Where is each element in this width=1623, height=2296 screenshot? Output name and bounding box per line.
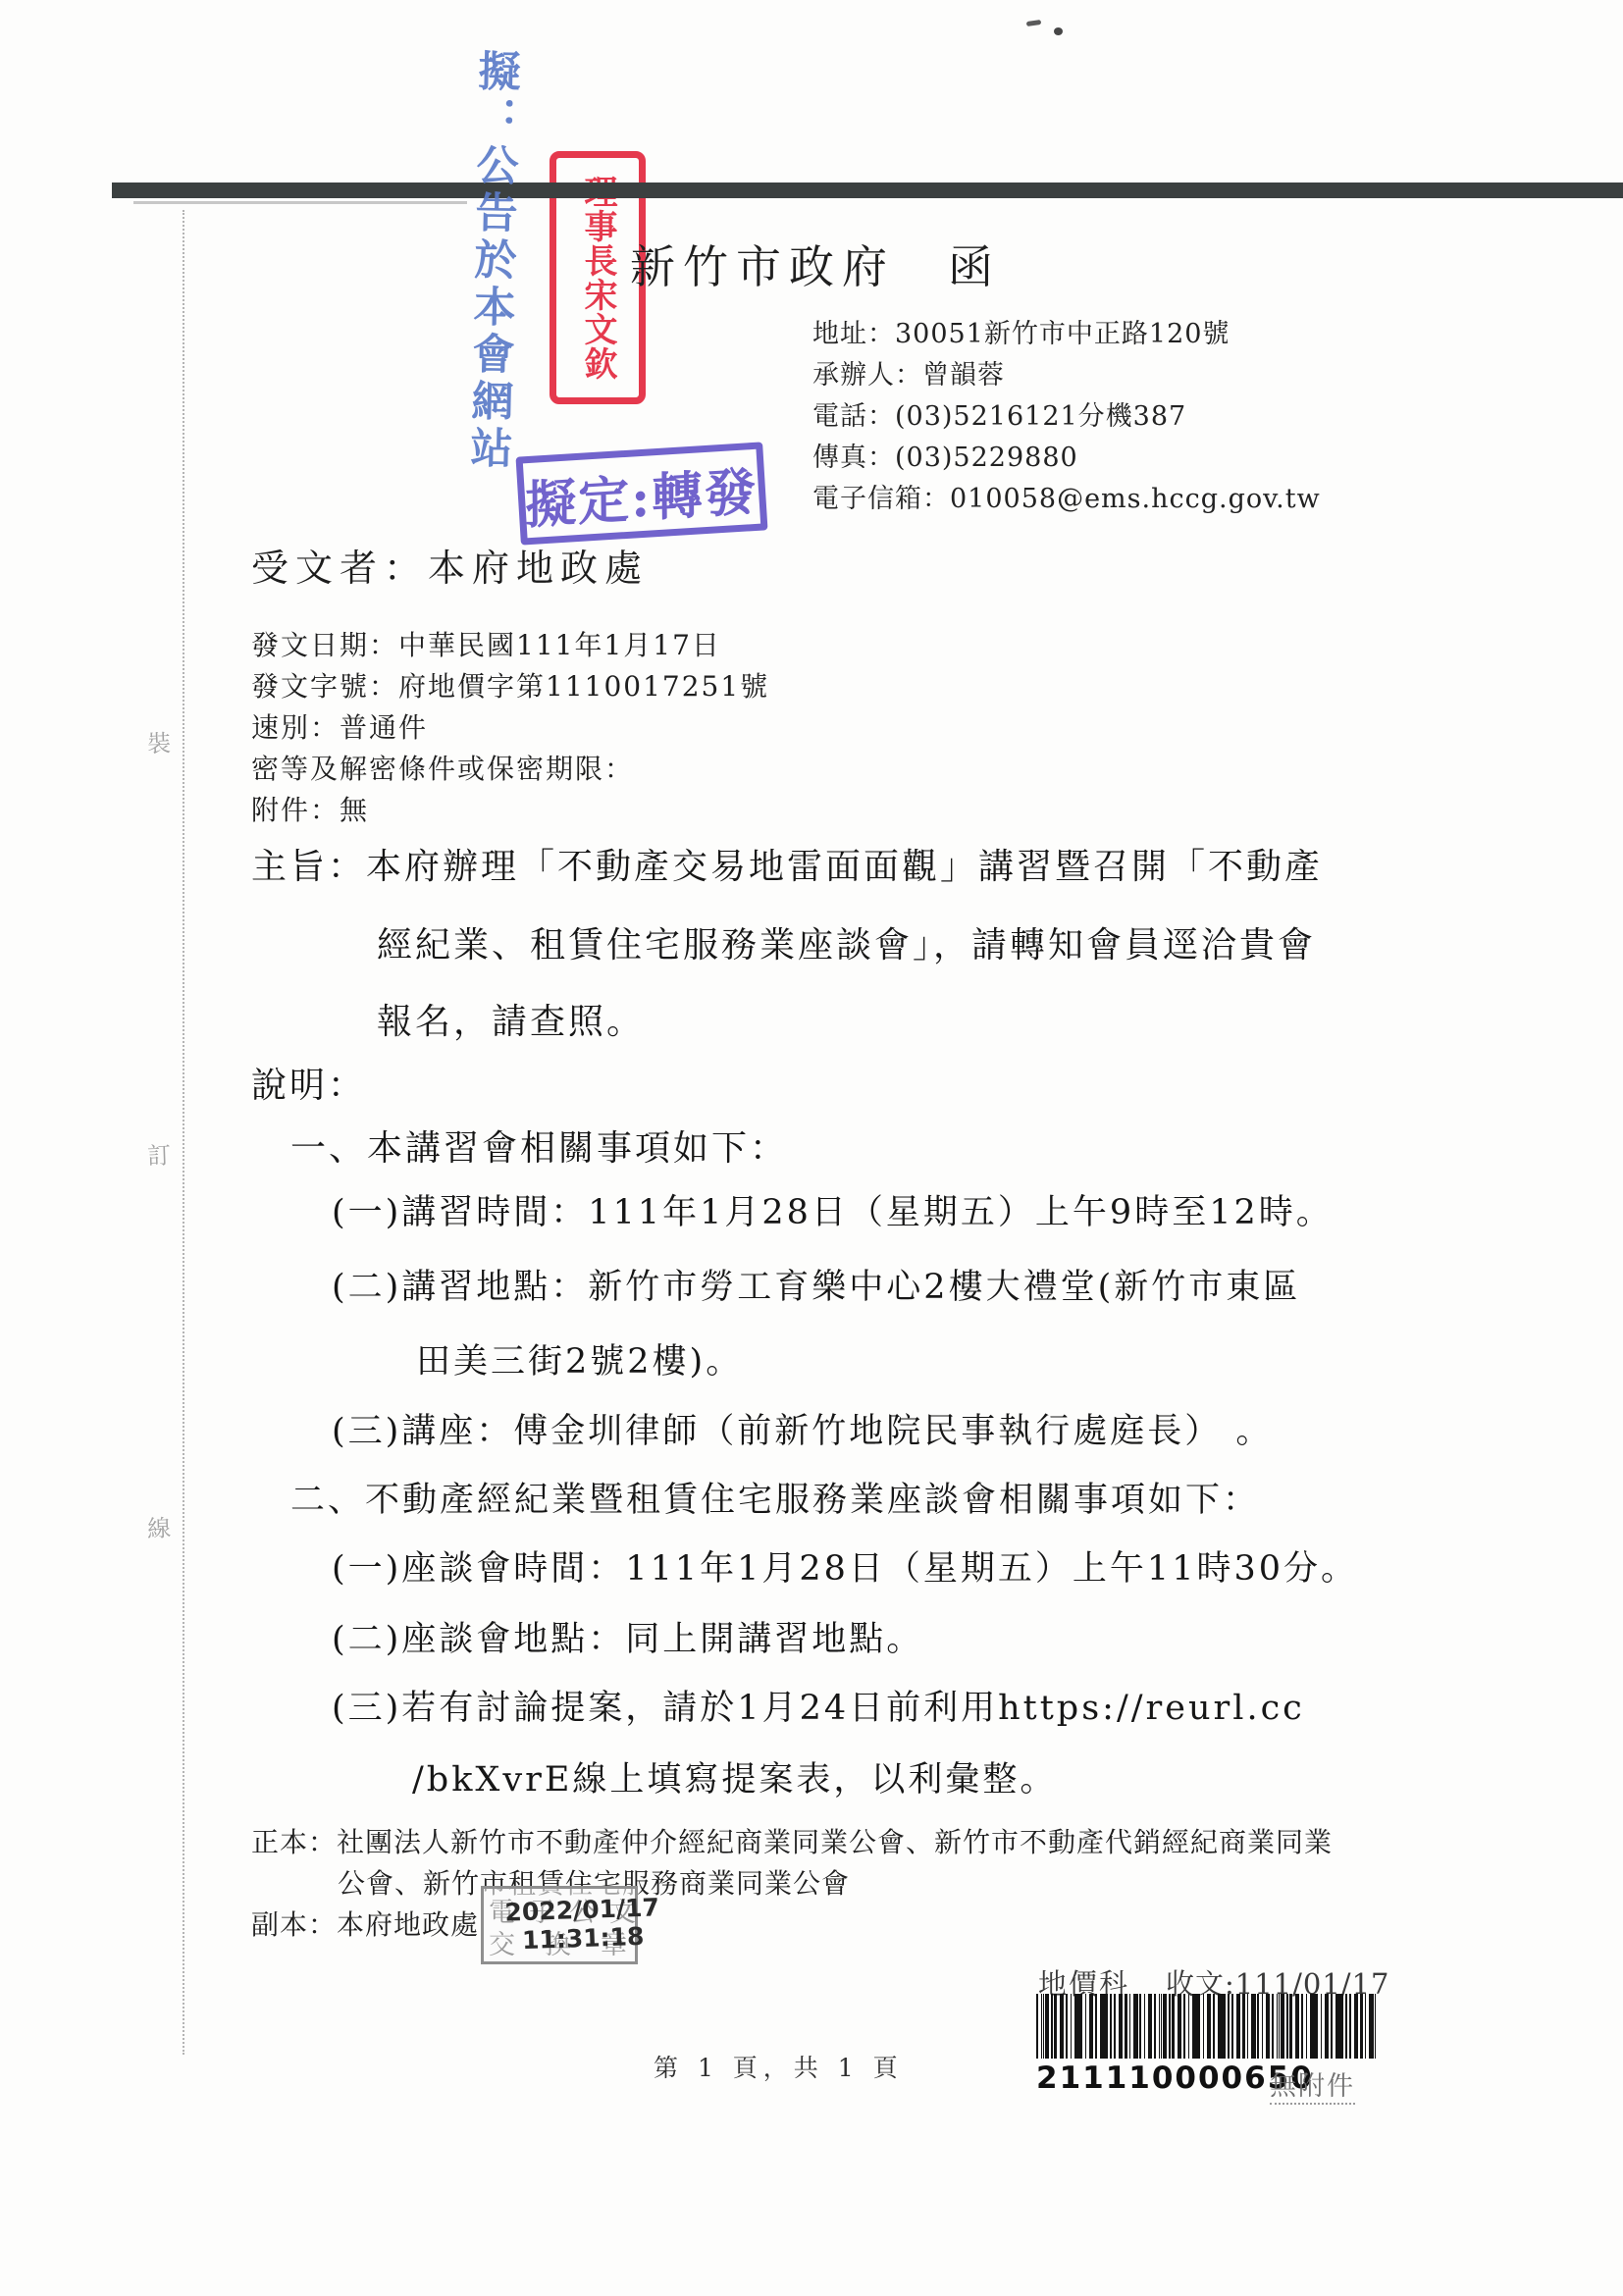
explanation-item-1: 一、本講習會相關事項如下： [290,1121,788,1171]
doc-number-line: 發文字號：府地價字第1110017251號 [251,665,769,704]
top-divider-shadow [133,201,467,204]
no-attachment-stamp: 無附件 [1270,2064,1355,2105]
agency-address: 地址：30051新竹市中正路120號 [812,312,1230,350]
explanation-item-2-1: (一)座談會時間：111年1月28日（星期五）上午11時30分。 [332,1541,1358,1591]
red-seal-text: 理事長宋文欽 [581,175,614,381]
exchange-stamp-datetime: 2022/01/17 11:31:18 [504,1894,660,1956]
explanation-item-1-1: (一)講習時間：111年1月28日（星期五）上午9時至12時。 [332,1185,1334,1234]
recipient-line: 受文者：本府地政處 [251,538,649,592]
security-class-line: 密等及解密條件或保密期限： [251,748,634,787]
explanation-item-1-2b: 田美三街2號2樓)。 [416,1334,743,1383]
binding-mark-ding: 訂 [146,1136,171,1172]
agency-contact-person: 承辦人：曾韻蓉 [812,353,1005,391]
explanation-heading: 說明： [251,1058,366,1108]
approval-stamp: 擬定:轉發 [515,442,767,545]
ink-speck [1054,27,1063,35]
exchange-stamp-time: 11:31:18 [522,1922,645,1955]
agency-title: 新竹市政府 函 [630,232,1001,296]
top-divider-bar [112,183,1623,198]
explanation-item-1-2a: (二)講習地點：新竹市勞工育樂中心2樓大禮堂(新竹市東區 [332,1260,1300,1309]
explanation-item-1-3: (三)講座：傅金圳律師（前新竹地院民事執行處庭長） 。 [332,1404,1273,1453]
ink-speck [1026,20,1042,26]
copy-recipients-line: 副本：本府地政處 [251,1904,479,1943]
page-number-info: 第 1 頁，共 1 頁 [654,2049,904,2084]
subject-line-3: 報名，請查照。 [377,994,645,1044]
attachment-line: 附件：無 [251,789,369,828]
explanation-item-2-3b: /bkXvrE線上填寫提案表，以利彙整。 [412,1752,1057,1801]
barcode [1036,1994,1376,2059]
delivery-speed-line: 速別：普通件 [251,706,428,746]
handwritten-annotation: 擬：公告於本會網站 [462,48,527,520]
original-recipients-line-1: 正本：社團法人新竹市不動產仲介經紀商業同業公會、新竹市不動產代銷經紀商業同業 [251,1821,1333,1860]
binding-mark-xian: 線 [146,1509,171,1544]
subject-line-1: 主旨：本府辦理「不動產交易地雷面面觀」講習暨召開「不動產 [251,839,1323,889]
explanation-item-2-2: (二)座談會地點：同上開講習地點。 [332,1612,923,1661]
agency-fax: 傳真：(03)5229880 [812,436,1078,474]
issue-date-line: 發文日期：中華民國111年1月17日 [251,624,721,663]
binding-dotted-line [183,210,184,2055]
exchange-timestamp-stamp: 電子公文 交換章 2022/01/17 11:31:18 [481,1886,638,1964]
agency-phone: 電話：(03)5216121分機387 [812,394,1186,433]
binding-mark-zhuang: 裝 [146,724,171,759]
explanation-item-2: 二、不動產經紀業暨租賃住宅服務業座談會相關事項如下： [290,1473,1260,1522]
agency-email: 電子信箱：010058@ems.hccg.gov.tw [812,477,1321,515]
approval-stamp-text: 擬定:轉發 [525,449,758,538]
explanation-item-2-3a: (三)若有討論提案，請於1月24日前利用https://reurl.cc [332,1681,1305,1730]
scanned-official-letter: 裝 訂 線 擬：公告於本會網站 理事長宋文欽 擬定:轉發 新竹市政府 函 地址：… [0,0,1623,2296]
subject-line-2: 經紀業、租賃住宅服務業座談會」，請轉知會員逕洽貴會 [377,917,1316,967]
